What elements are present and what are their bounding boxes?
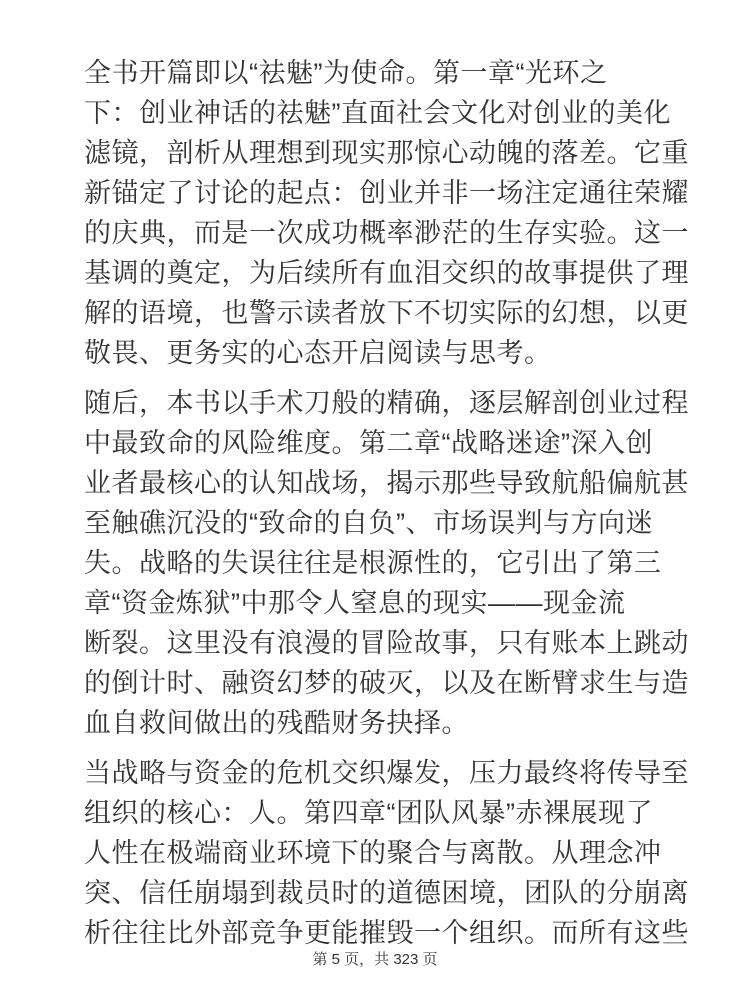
- text-line: 组织的核心：人。第四章“团队风暴”赤裸展现了: [84, 793, 672, 833]
- text-line: 全书开篇即以“祛魅”为使命。第一章“光环之: [84, 53, 672, 93]
- text-line: 人性在极端商业环境下的聚合与离散。从理念冲: [84, 833, 672, 873]
- text-line: 的庆典，而是一次成功概率渺茫的生存实验。这一: [84, 213, 672, 253]
- text-line: 滤镜，剖析从理想到现实那惊心动魄的落差。它重: [84, 133, 672, 173]
- text-line: 断裂。这里没有浪漫的冒险故事，只有账本上跳动: [84, 623, 672, 663]
- paragraph-1: 全书开篇即以“祛魅”为使命。第一章“光环之下：创业神话的祛魅”直面社会文化对创业…: [84, 53, 672, 373]
- text-line: 失。战略的失误往往是根源性的，它引出了第三: [84, 543, 672, 583]
- paragraph-3: 当战略与资金的危机交织爆发，压力最终将传导至组织的核心：人。第四章“团队风暴”赤…: [84, 753, 672, 953]
- paragraph-2: 随后，本书以手术刀般的精确，逐层解剖创业过程中最致命的风险维度。第二章“战略迷途…: [84, 383, 672, 743]
- text-line: 血自救间做出的残酷财务抉择。: [84, 703, 672, 743]
- text-line: 当战略与资金的危机交织爆发，压力最终将传导至: [84, 753, 672, 793]
- text-line: 下：创业神话的祛魅”直面社会文化对创业的美化: [84, 93, 672, 133]
- text-line: 中最致命的风险维度。第二章“战略迷途”深入创: [84, 423, 672, 463]
- text-line: 至触礁沉没的“致命的自负”、市场误判与方向迷: [84, 503, 672, 543]
- text-line: 基调的奠定，为后续所有血泪交织的故事提供了理: [84, 253, 672, 293]
- text-line: 业者最核心的认知战场，揭示那些导致航船偏航甚: [84, 463, 672, 503]
- page-text: 全书开篇即以“祛魅”为使命。第一章“光环之下：创业神话的祛魅”直面社会文化对创业…: [84, 53, 672, 963]
- text-line: 突、信任崩塌到裁员时的道德困境，团队的分崩离: [84, 873, 672, 913]
- text-line: 析往往比外部竞争更能摧毁一个组织。而所有这些: [84, 913, 672, 953]
- text-line: 解的语境，也警示读者放下不切实际的幻想，以更: [84, 293, 672, 333]
- text-line: 随后，本书以手术刀般的精确，逐层解剖创业过程: [84, 383, 672, 423]
- document-page: 全书开篇即以“祛魅”为使命。第一章“光环之下：创业神话的祛魅”直面社会文化对创业…: [0, 0, 750, 1000]
- text-line: 的倒计时、融资幻梦的破灭，以及在断臂求生与造: [84, 663, 672, 703]
- text-line: 敬畏、更务实的心态开启阅读与思考。: [84, 333, 672, 373]
- text-line: 章“资金炼狱”中那令人窒息的现实——现金流: [84, 583, 672, 623]
- page-number-footer: 第 5 页，共 323 页: [0, 948, 750, 972]
- text-line: 新锚定了讨论的起点：创业并非一场注定通往荣耀: [84, 173, 672, 213]
